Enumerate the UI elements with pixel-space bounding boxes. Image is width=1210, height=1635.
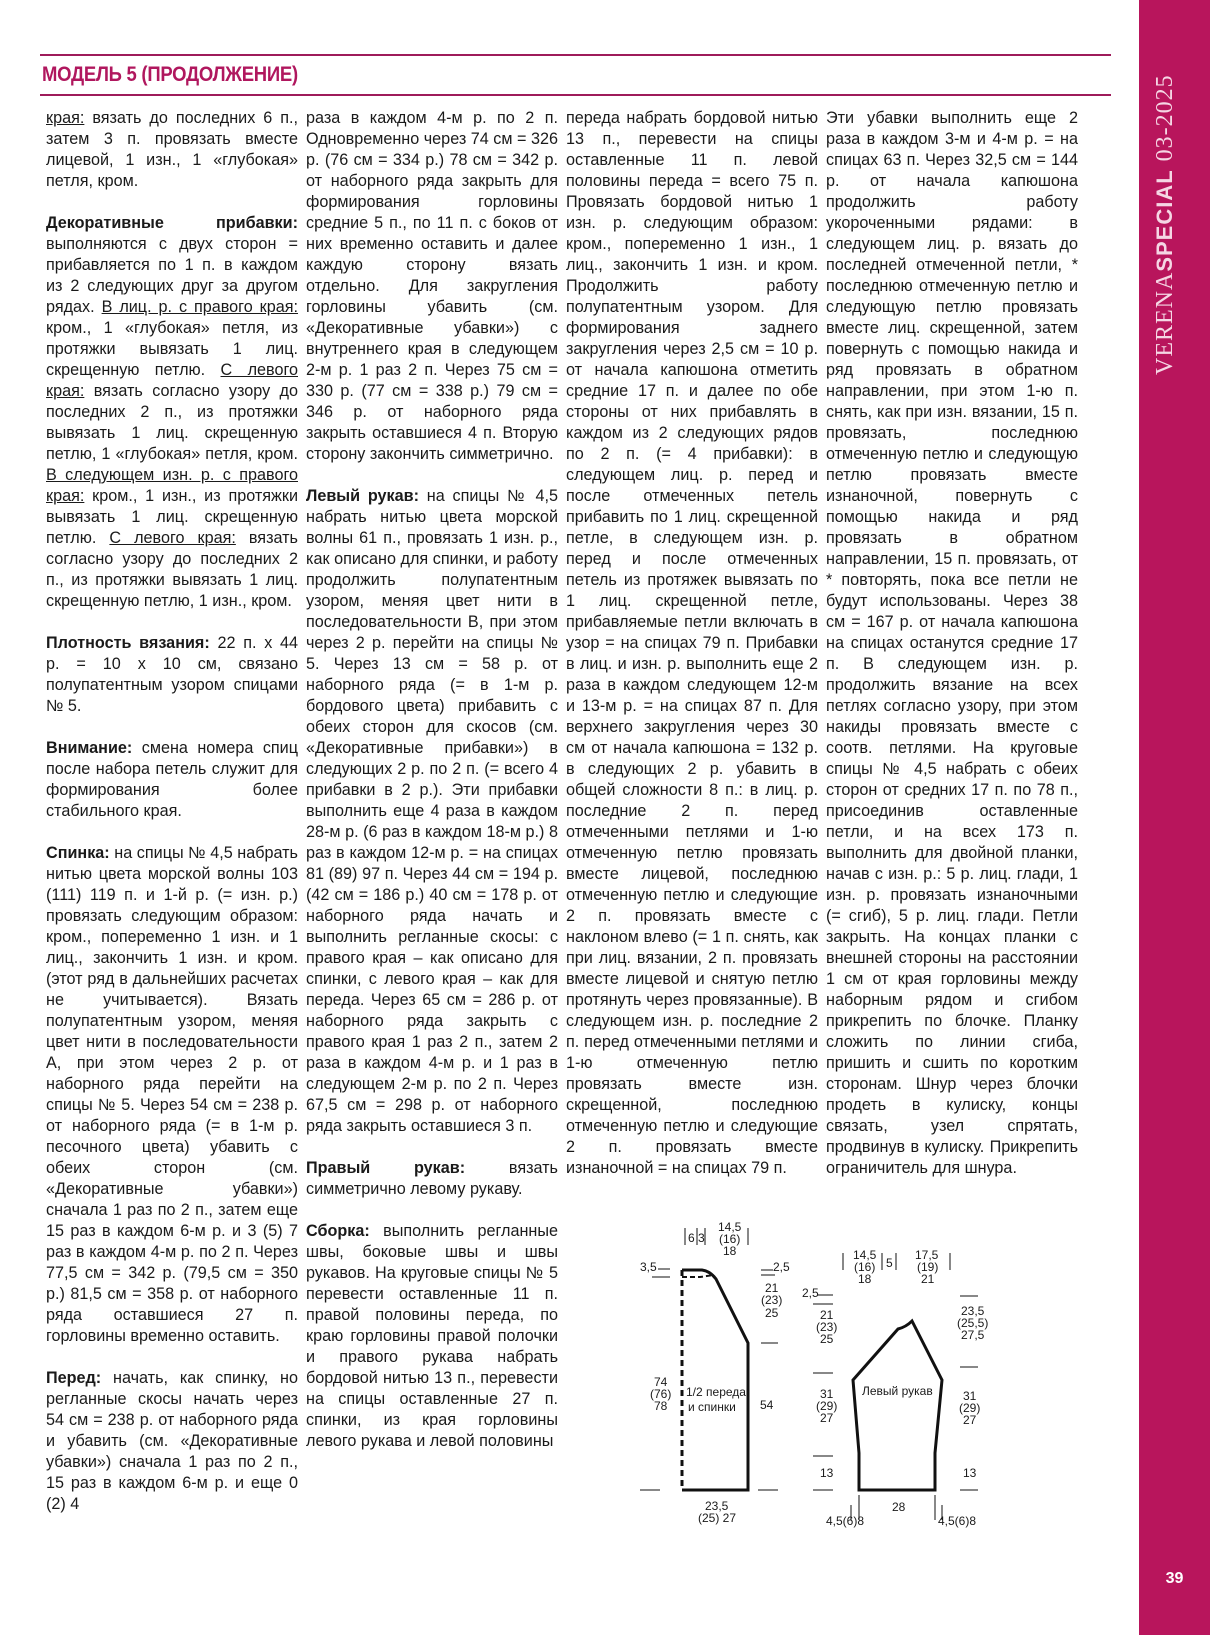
svg-text:2,5: 2,5 [802,1286,819,1300]
body-label: 1/2 переда [686,1385,746,1399]
paragraph: переда набрать бордовой нитью 13 п., пер… [566,108,818,1179]
page-number: 39 [1139,1570,1210,1588]
paragraph: Плотность вязания: 22 п. х 44 р. = 10 х … [46,633,298,717]
body-text: вязать согласно узору до последних 2 п.,… [46,382,298,463]
svg-text:27,5: 27,5 [961,1328,985,1342]
body-text: Эти убавки выполнить еще 2 раза в каждом… [826,109,1078,1177]
brand-special: SPECIAL [1152,169,1177,271]
section-heading: Декоративные прибавки: [46,214,298,232]
pattern-schematics: 6 3 14,5 (16) 18 3,5 2,5 21 (23) 25 74 (… [630,1215,1020,1545]
paragraph: края: вязать до последних 6 п., затем 3 … [46,108,298,192]
svg-text:25: 25 [765,1306,779,1320]
svg-text:25: 25 [820,1332,834,1346]
svg-text:21: 21 [921,1272,935,1286]
paragraph: Эти убавки выполнить еще 2 раза в каждом… [826,108,1078,1179]
text-column-1: края: вязать до последних 6 п., затем 3 … [46,108,298,1536]
svg-text:(23): (23) [761,1293,782,1307]
svg-text:6: 6 [688,1231,695,1245]
paragraph: раза в каждом 4-м р. по 2 п. Одновременн… [306,108,558,465]
body-text: на спицы № 4,5 набрать нитью цвета морск… [46,844,298,1345]
svg-text:13: 13 [820,1466,834,1480]
title-rule-bottom [40,94,1111,96]
underlined-term: края: [46,109,84,127]
underlined-term: В лиц. р. с правого края: [102,298,298,316]
magazine-brand: VERENASPECIAL03-2025 [1152,74,1179,375]
issue-number: 03-2025 [1152,74,1178,161]
text-column-2: раза в каждом 4-м р. по 2 п. Одновременн… [306,108,558,1473]
svg-text:54: 54 [760,1398,774,1412]
schematic-svg: 6 3 14,5 (16) 18 3,5 2,5 21 (23) 25 74 (… [630,1215,1020,1545]
body-text: на спицы № 4,5 набрать нитью цвета морск… [306,487,558,1135]
svg-text:4,5(6)8: 4,5(6)8 [938,1514,976,1528]
svg-text:28: 28 [892,1500,906,1514]
underlined-term: С левого края: [109,529,235,547]
body-schematic: 6 3 14,5 (16) 18 3,5 2,5 21 (23) 25 74 (… [640,1220,790,1525]
paragraph: Спинка: на спицы № 4,5 набрать нитью цве… [46,843,298,1347]
svg-text:27: 27 [963,1413,977,1427]
brand-verena: VERENA [1152,272,1178,375]
svg-text:18: 18 [723,1244,737,1258]
svg-text:(25) 27: (25) 27 [698,1511,736,1525]
svg-text:5: 5 [886,1256,893,1270]
section-heading: Плотность вязания: [46,634,210,652]
body-text: начать, как спинку, но регланные скосы н… [46,1369,298,1513]
svg-text:13: 13 [963,1466,977,1480]
svg-text:и спинки: и спинки [688,1400,736,1414]
section-heading: Левый рукав: [306,487,419,505]
svg-text:18: 18 [858,1272,872,1286]
section-heading: Правый рукав: [306,1159,465,1177]
svg-text:3: 3 [698,1231,705,1245]
svg-text:78: 78 [654,1399,668,1413]
body-text: вязать до последних 6 п., затем 3 п. про… [46,109,298,190]
body-text: переда набрать бордовой нитью 13 п., пер… [566,109,818,1177]
paragraph: Правый рукав: вязать симметрично левому … [306,1158,558,1200]
svg-text:2,5: 2,5 [773,1260,790,1274]
sleeve-schematic: 14,5 (16) 18 5 17,5 (19) 21 2,5 21 (23) … [802,1248,988,1528]
section-heading: Сборка: [306,1222,370,1240]
section-heading: Перед: [46,1369,101,1387]
paragraph: Декоративные прибавки: выполняются с дву… [46,213,298,612]
section-heading: Внимание: [46,739,132,757]
section-heading: Спинка: [46,844,110,862]
sleeve-label: Левый рукав [862,1384,933,1398]
paragraph: Внимание: смена номера спиц после набора… [46,738,298,822]
body-text: выполнить регланные швы, боковые швы и ш… [306,1222,558,1450]
paragraph: Левый рукав: на спицы № 4,5 набрать нить… [306,486,558,1137]
text-column-3: переда набрать бордовой нитью 13 п., пер… [566,108,818,1200]
paragraph: Сборка: выполнить регланные швы, боковые… [306,1221,558,1452]
svg-text:3,5: 3,5 [640,1260,657,1274]
paragraph: Перед: начать, как спинку, но регланные … [46,1368,298,1515]
body-text: раза в каждом 4-м р. по 2 п. Одновременн… [306,109,558,463]
text-column-4: Эти убавки выполнить еще 2 раза в каждом… [826,108,1078,1200]
title-rule-top [40,54,1111,56]
page-title: МОДЕЛЬ 5 (ПРОДОЛЖЕНИЕ) [42,63,298,87]
svg-text:27: 27 [820,1411,834,1425]
